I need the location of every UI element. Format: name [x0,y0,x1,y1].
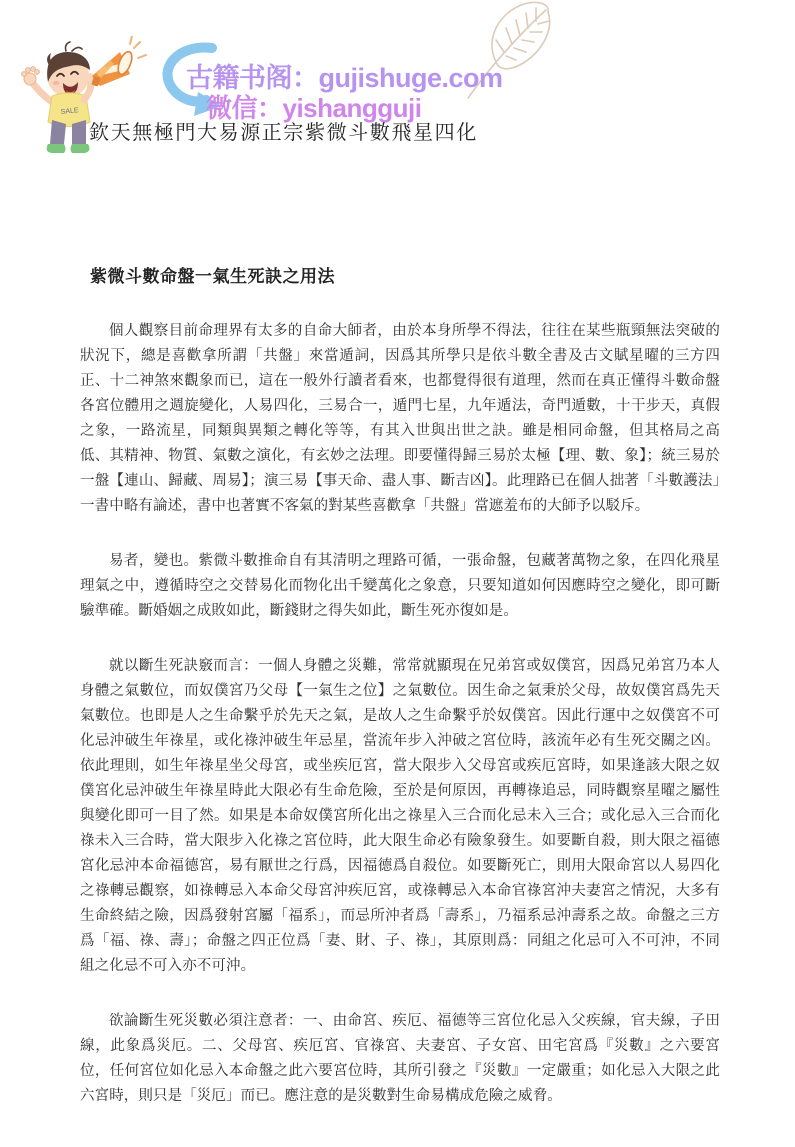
paragraph: 易者，變也。紫微斗數推命自有其清明之理路可循，一張命盤，包藏著萬物之象，在四化飛… [80,549,720,624]
megaphone-kid-illustration: SALE [6,36,148,168]
document-content: 紫微斗數命盤一氣生死訣之用法 個人觀察目前命理界有太多的自命大師者，由於本身所學… [80,262,720,1109]
section-heading: 紫微斗數命盤一氣生死訣之用法 [90,262,720,287]
paragraph: 個人觀察目前命理界有太多的自命大師者，由於本身所學不得法，往往在某些瓶頸無法突破… [80,319,720,519]
scanned-document-page: SALE 古籍书阁：guji [0,0,795,1147]
megaphone-icon [91,36,146,87]
paragraph: 就以斷生死訣竅而言：一個人身體之災難，常常就顯現在兄弟宮或奴僕宮，因爲兄弟宮乃本… [80,654,720,979]
paragraph: 欲論斷生死災數必須注意者：一、由命宮、疾厄、福德等三宮位化忌入父疾線，官夫線，子… [80,1009,720,1109]
open-hand [22,67,40,85]
page-title: 欽天無極門大易源正宗紫微斗數飛星四化 [89,116,478,145]
